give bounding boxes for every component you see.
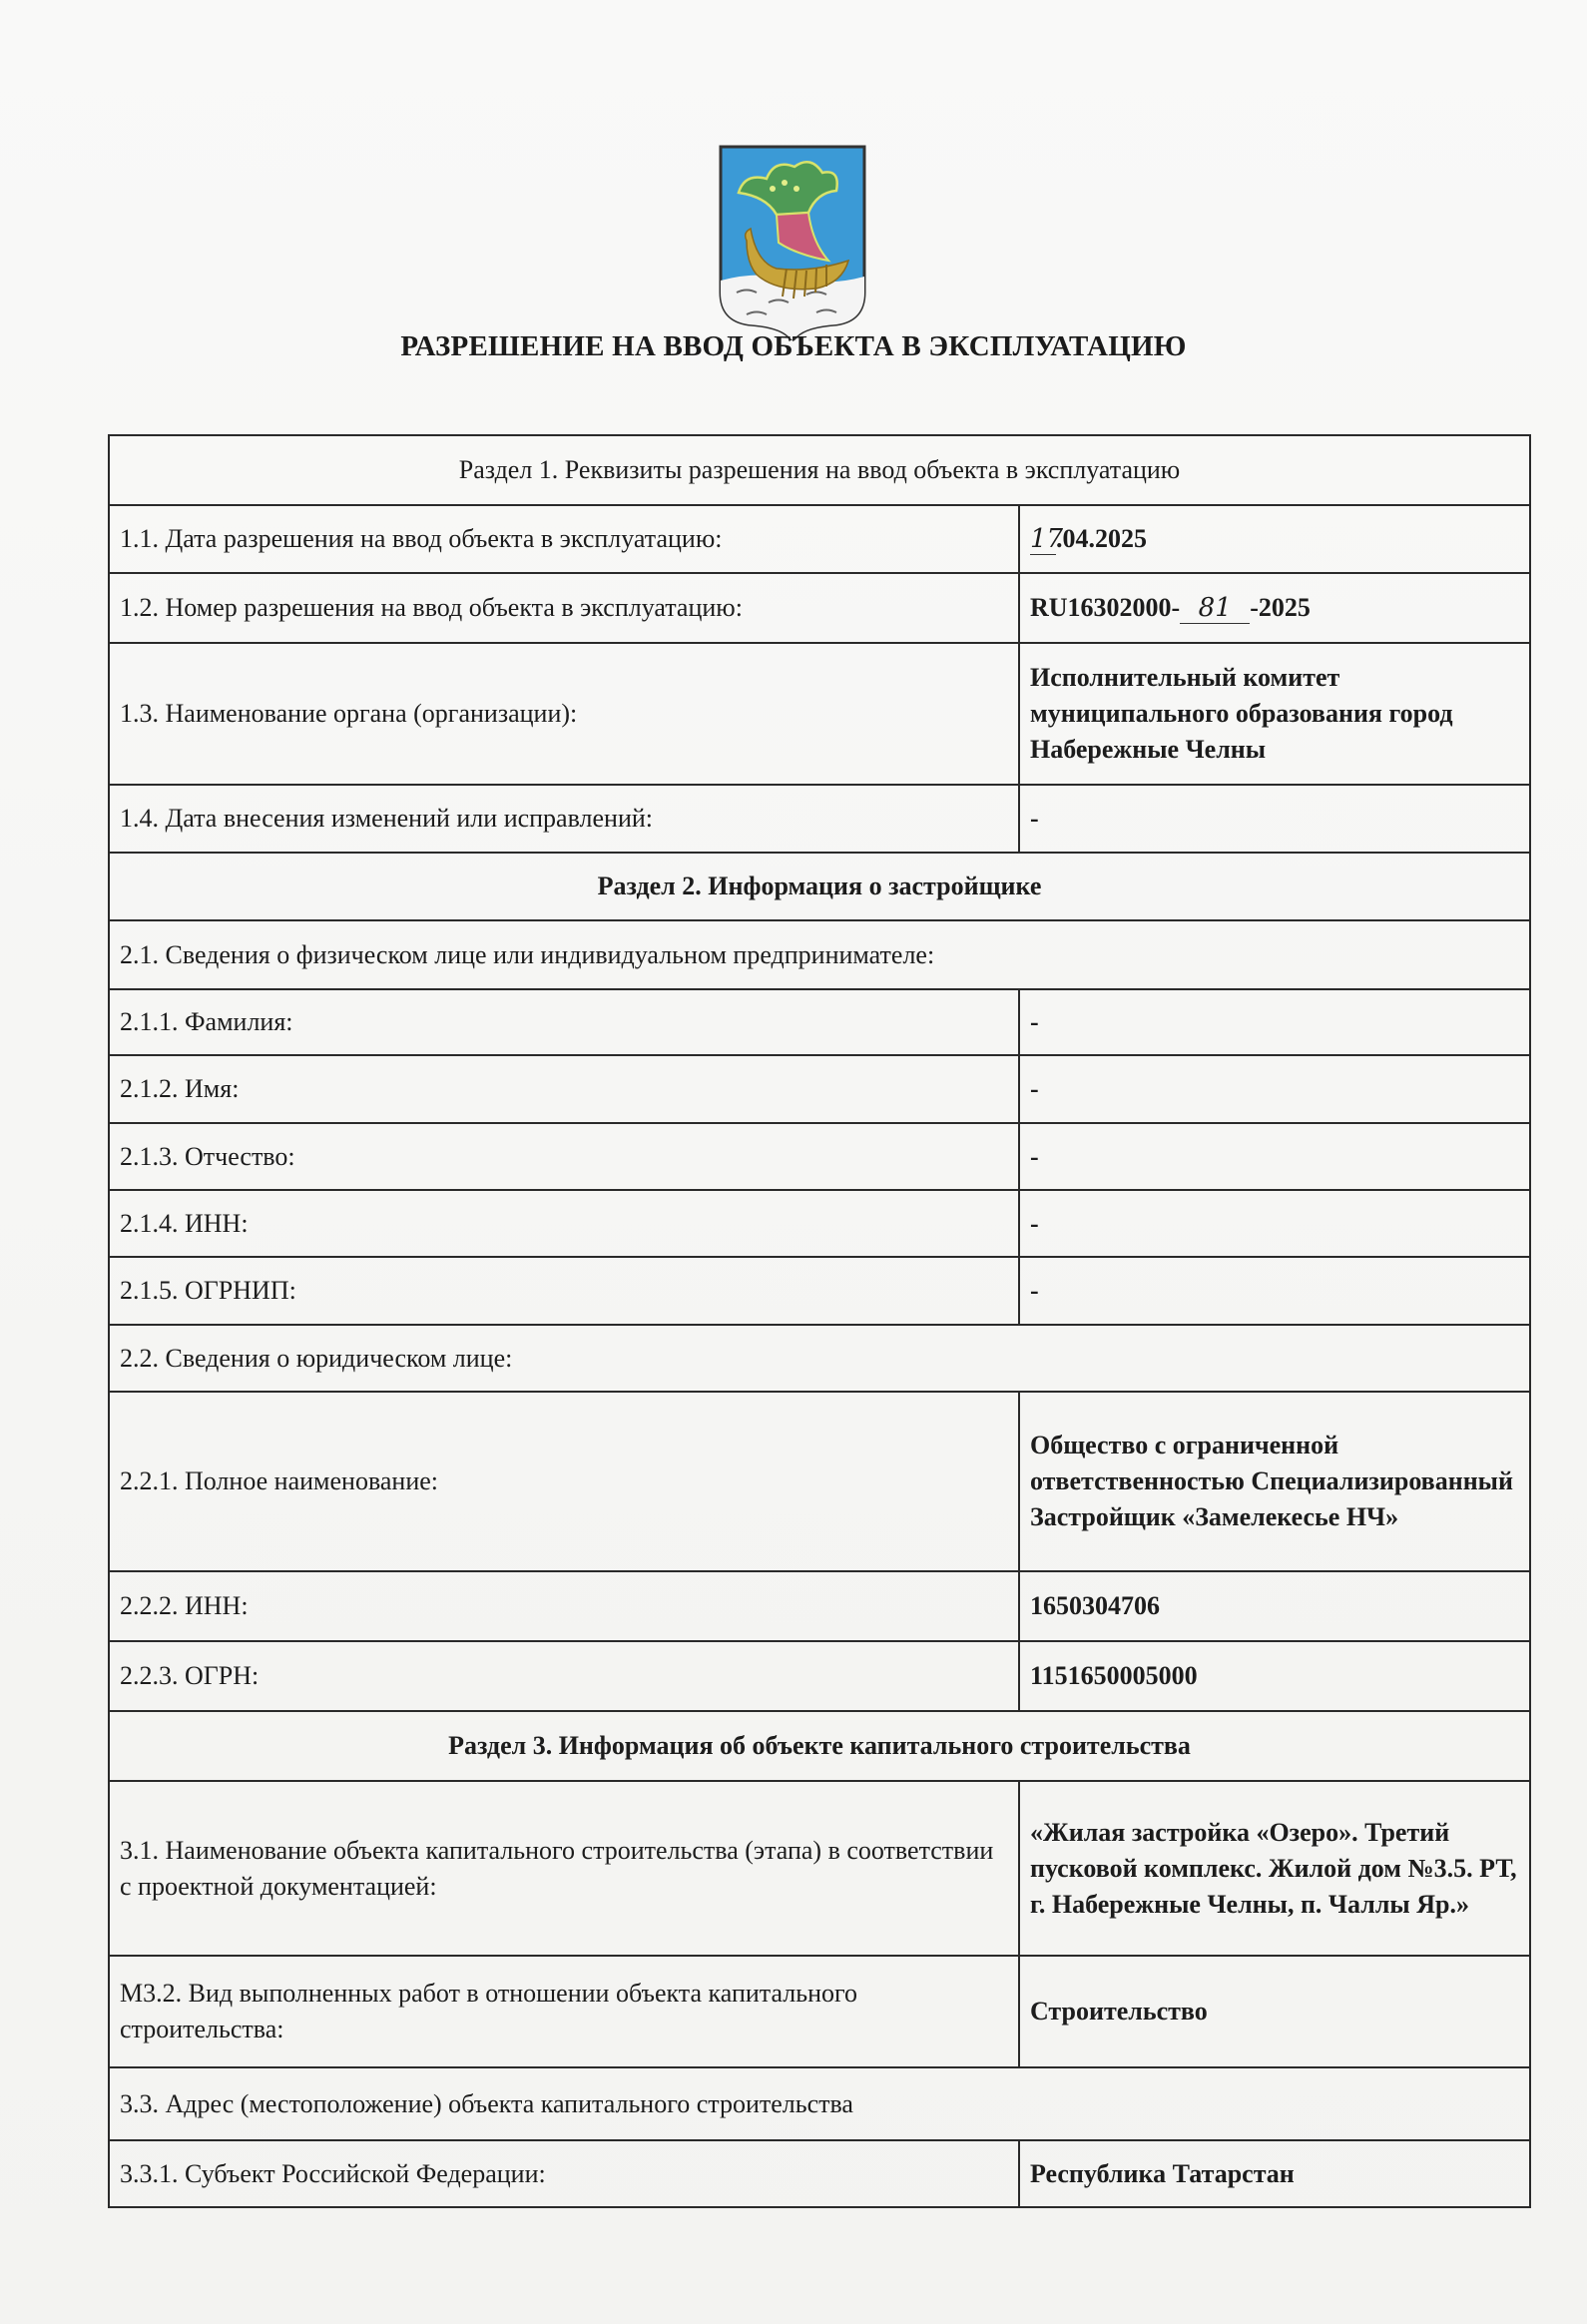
row-value: Строительство xyxy=(1019,1956,1530,2067)
permit-date: 17.04.2025 xyxy=(1019,505,1530,573)
section1-header: Раздел 1. Реквизиты разрешения на ввод о… xyxy=(109,435,1530,505)
table-row: 2.1.1. Фамилия: - xyxy=(109,989,1530,1055)
row-value: - xyxy=(1019,989,1530,1055)
row-value: - xyxy=(1019,1190,1530,1257)
row-value: 1151650005000 xyxy=(1019,1641,1530,1711)
section3-header-row: Раздел 3. Информация об объекте капиталь… xyxy=(109,1711,1530,1781)
row-label: 3.3.1. Субъект Российской Федерации: xyxy=(109,2140,1019,2207)
row-label: 1.2. Номер разрешения на ввод объекта в … xyxy=(109,573,1019,643)
table-row: 1.3. Наименование органа (организации): … xyxy=(109,643,1530,785)
subsection-row: 2.2. Сведения о юридическом лице: xyxy=(109,1325,1530,1392)
table-row: 2.2.2. ИНН: 1650304706 xyxy=(109,1571,1530,1641)
row-label: 2.1.3. Отчество: xyxy=(109,1123,1019,1190)
subsection-row: 2.1. Сведения о физическом лице или инди… xyxy=(109,920,1530,989)
row-value: Общество с ограниченной ответственностью… xyxy=(1019,1392,1530,1571)
table-row: 1.1. Дата разрешения на ввод объекта в э… xyxy=(109,505,1530,573)
permit-number: RU16302000-81-2025 xyxy=(1019,573,1530,643)
section2-header-row: Раздел 2. Информация о застройщике xyxy=(109,853,1530,920)
document-title: РАЗРЕШЕНИЕ НА ВВОД ОБЪЕКТА В ЭКСПЛУАТАЦИ… xyxy=(0,330,1587,363)
table-row: 2.1.4. ИНН: - xyxy=(109,1190,1530,1257)
row-value: - xyxy=(1019,1055,1530,1123)
row-value: 1650304706 xyxy=(1019,1571,1530,1641)
row-value: - xyxy=(1019,1257,1530,1325)
row-label: 2.2.3. ОГРН: xyxy=(109,1641,1019,1711)
row-label: 2.1.2. Имя: xyxy=(109,1055,1019,1123)
document-page: РАЗРЕШЕНИЕ НА ВВОД ОБЪЕКТА В ЭКСПЛУАТАЦИ… xyxy=(0,0,1587,2324)
table-row: 2.1.3. Отчество: - xyxy=(109,1123,1530,1190)
table-row: 2.1.5. ОГРНИП: - xyxy=(109,1257,1530,1325)
row-label: 2.1.1. Фамилия: xyxy=(109,989,1019,1055)
permit-date-rest: .04.2025 xyxy=(1056,524,1147,553)
table-row: М3.2. Вид выполненных работ в отношении … xyxy=(109,1956,1530,2067)
permit-table: Раздел 1. Реквизиты разрешения на ввод о… xyxy=(108,434,1531,2208)
row-value: «Жилая застройка «Озеро». Третий пусково… xyxy=(1019,1781,1530,1956)
row-value: Республика Татарстан xyxy=(1019,2140,1530,2207)
subsection-label: 2.2. Сведения о юридическом лице: xyxy=(109,1325,1530,1392)
row-label: 2.2.2. ИНН: xyxy=(109,1571,1019,1641)
table-row: 2.2.3. ОГРН: 1151650005000 xyxy=(109,1641,1530,1711)
table-row: 2.1.2. Имя: - xyxy=(109,1055,1530,1123)
table-row: 1.2. Номер разрешения на ввод объекта в … xyxy=(109,573,1530,643)
coat-of-arms-icon xyxy=(717,143,868,340)
handwritten-day: 17 xyxy=(1030,524,1056,555)
row-label: 1.3. Наименование органа (организации): xyxy=(109,643,1019,785)
permit-number-prefix: RU16302000- xyxy=(1030,593,1180,622)
table-row: 1.4. Дата внесения изменений или исправл… xyxy=(109,785,1530,853)
table-row: 3.1. Наименование объекта капитального с… xyxy=(109,1781,1530,1956)
row-value: - xyxy=(1019,1123,1530,1190)
row-value: Исполнительный комитет муниципального об… xyxy=(1019,643,1530,785)
subsection-label: 3.3. Адрес (местоположение) объекта капи… xyxy=(109,2067,1530,2140)
handwritten-number: 81 xyxy=(1180,593,1250,624)
subsection-label: 2.1. Сведения о физическом лице или инди… xyxy=(109,920,1530,989)
row-label: М3.2. Вид выполненных работ в отношении … xyxy=(109,1956,1019,2067)
permit-number-suffix: -2025 xyxy=(1250,593,1311,622)
subsection-row: 3.3. Адрес (местоположение) объекта капи… xyxy=(109,2067,1530,2140)
table-row: 2.2.1. Полное наименование: Общество с о… xyxy=(109,1392,1530,1571)
row-label: 1.4. Дата внесения изменений или исправл… xyxy=(109,785,1019,853)
row-label: 2.1.4. ИНН: xyxy=(109,1190,1019,1257)
row-label: 1.1. Дата разрешения на ввод объекта в э… xyxy=(109,505,1019,573)
row-label: 3.1. Наименование объекта капитального с… xyxy=(109,1781,1019,1956)
row-label: 2.2.1. Полное наименование: xyxy=(109,1392,1019,1571)
section3-header: Раздел 3. Информация об объекте капиталь… xyxy=(109,1711,1530,1781)
table-row: 3.3.1. Субъект Российской Федерации: Рес… xyxy=(109,2140,1530,2207)
row-label: 2.1.5. ОГРНИП: xyxy=(109,1257,1019,1325)
section1-header-row: Раздел 1. Реквизиты разрешения на ввод о… xyxy=(109,435,1530,505)
section2-header: Раздел 2. Информация о застройщике xyxy=(109,853,1530,920)
row-value: - xyxy=(1019,785,1530,853)
